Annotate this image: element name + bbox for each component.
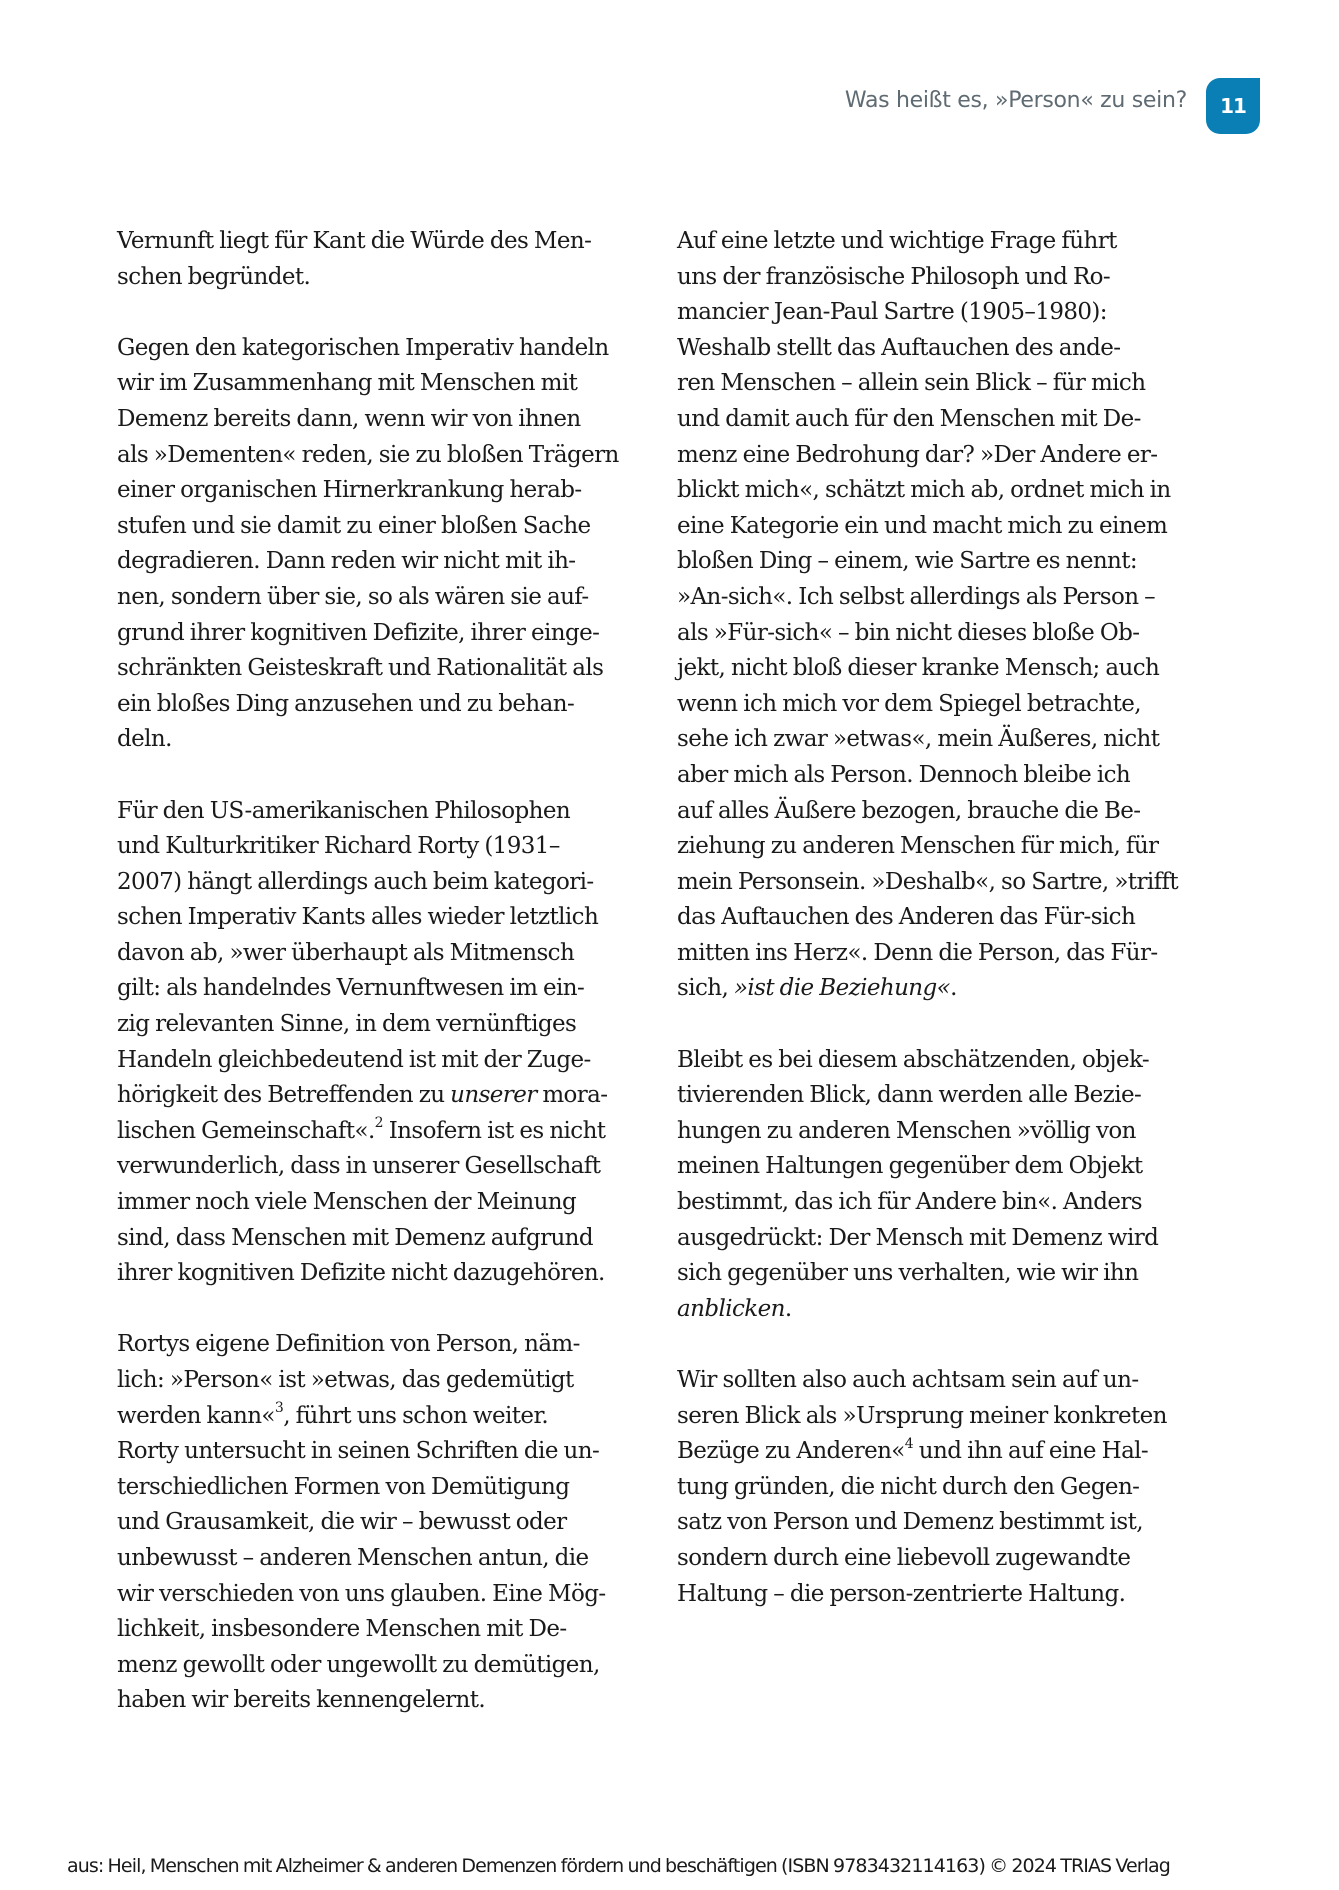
text-line: und Kulturkritiker Richard Rorty (1931–: [117, 829, 642, 865]
running-header-title: Was heißt es, »Person« zu sein?: [845, 88, 1187, 113]
text-line: uns der französische Philosoph und Ro-: [677, 260, 1202, 296]
text-line: sehe ich zwar »etwas«, mein Äußeres, nic…: [677, 722, 1202, 758]
text-line: lich: »Person« ist »etwas, das gedemütig…: [117, 1363, 642, 1399]
text-line: wir im Zusammenhang mit Menschen mit: [117, 366, 642, 402]
footnote-ref-2[interactable]: 2: [375, 1115, 383, 1131]
text-line: als »Dementen« reden, sie zu bloßen Träg…: [117, 438, 642, 474]
text-line: wir verschieden von uns glauben. Eine Mö…: [117, 1577, 642, 1613]
text-line: Bleibt es bei diesem abschätzenden, obje…: [677, 1043, 1202, 1079]
footnote-ref-4[interactable]: 4: [905, 1436, 913, 1452]
text-line: sondern durch eine liebevoll zugewandte: [677, 1541, 1202, 1577]
text-line: menz eine Bedrohung dar? »Der Andere er-: [677, 438, 1202, 474]
text-line: unbewusst – anderen Menschen antun, die: [117, 1541, 642, 1577]
text-line: ausgedrückt: Der Mensch mit Demenz wird: [677, 1221, 1202, 1257]
paragraph-rorty: Für den US-amerikanischen Philosophen un…: [117, 794, 642, 1292]
text-line: terschiedlichen Formen von Demütigung: [117, 1470, 642, 1506]
text-line: sich, »ist die Beziehung«.: [677, 971, 1202, 1007]
right-column: Auf eine letzte und wichtige Frage führt…: [677, 224, 1202, 1648]
paragraph-rorty-definition: Rortys eigene Definition von Person, näm…: [117, 1327, 642, 1719]
text-fragment: , führt uns schon weiter.: [283, 1403, 548, 1429]
text-line: tivierenden Blick, dann werden alle Bezi…: [677, 1078, 1202, 1114]
emphasis-text: unserer: [450, 1082, 536, 1108]
text-line: Rorty untersucht in seinen Schriften die…: [117, 1434, 642, 1470]
text-line: mancier Jean-Paul Sartre (1905–1980):: [677, 295, 1202, 331]
paragraph-categorical-imperative: Gegen den kategorischen Imperativ handel…: [117, 331, 642, 758]
text-line: werden kann«3, führt uns schon weiter.: [117, 1399, 642, 1435]
text-line: davon ab, »wer überhaupt als Mitmensch: [117, 936, 642, 972]
text-line: hörigkeit des Betreffenden zu unserer mo…: [117, 1078, 642, 1114]
text-line: satz von Person und Demenz bestimmt ist,: [677, 1505, 1202, 1541]
text-fragment: werden kann«: [117, 1403, 275, 1429]
page-number-badge: 11: [1206, 78, 1260, 134]
text-line: mitten ins Herz«. Denn die Person, das F…: [677, 936, 1202, 972]
text-line: wenn ich mich vor dem Spiegel betrachte,: [677, 687, 1202, 723]
text-line: immer noch viele Menschen der Meinung: [117, 1185, 642, 1221]
text-line: meinen Haltungen gegenüber dem Objekt: [677, 1149, 1202, 1185]
text-fragment: Insofern ist es nicht: [383, 1118, 605, 1144]
text-line: sind, dass Menschen mit Demenz aufgrund: [117, 1221, 642, 1257]
text-line: lischen Gemeinschaft«.2 Insofern ist es …: [117, 1114, 642, 1150]
text-line: ihrer kognitiven Defizite nicht dazugehö…: [117, 1256, 642, 1292]
text-line: einer organischen Hirnerkrankung herab-: [117, 473, 642, 509]
text-line: schen Imperativ Kants alles wieder letzt…: [117, 900, 642, 936]
text-line: Bezüge zu Anderen«4 und ihn auf eine Hal…: [677, 1434, 1202, 1470]
text-line: seren Blick als »Ursprung meiner konkret…: [677, 1399, 1202, 1435]
text-line: degradieren. Dann reden wir nicht mit ih…: [117, 544, 642, 580]
text-fragment: lischen Gemeinschaft«.: [117, 1118, 375, 1144]
text-line: verwunderlich, dass in unserer Gesellsch…: [117, 1149, 642, 1185]
text-line: aber mich als Person. Dennoch bleibe ich: [677, 758, 1202, 794]
text-line: Für den US-amerikanischen Philosophen: [117, 794, 642, 830]
text-line: ren Menschen – allein sein Blick – für m…: [677, 366, 1202, 402]
footnote-ref-3[interactable]: 3: [275, 1400, 283, 1416]
text-line: haben wir bereits kennengelernt.: [117, 1683, 642, 1719]
text-line: deln.: [117, 722, 642, 758]
text-line: zig relevanten Sinne, in dem vernünftige…: [117, 1007, 642, 1043]
emphasis-text: »ist die Beziehung«: [734, 975, 950, 1001]
text-fragment: und ihn auf eine Hal-: [913, 1438, 1148, 1464]
text-line: tung gründen, die nicht durch den Gegen-: [677, 1470, 1202, 1506]
text-line: Wir sollten also auch achtsam sein auf u…: [677, 1363, 1202, 1399]
text-line: lichkeit, insbesondere Menschen mit De-: [117, 1612, 642, 1648]
text-line: nen, sondern über sie, so als wären sie …: [117, 580, 642, 616]
emphasis-text: anblicken: [677, 1296, 785, 1322]
text-line: stufen und sie damit zu einer bloßen Sac…: [117, 509, 642, 545]
text-line: Rortys eigene Definition von Person, näm…: [117, 1327, 642, 1363]
text-line: »An-sich«. Ich selbst allerdings als Per…: [677, 580, 1202, 616]
text-line: schränkten Geisteskraft und Rationalität…: [117, 651, 642, 687]
text-line: Demenz bereits dann, wenn wir von ihnen: [117, 402, 642, 438]
text-line: auf alles Äußere bezogen, brauche die Be…: [677, 794, 1202, 830]
paragraph-objectifying-gaze: Bleibt es bei diesem abschätzenden, obje…: [677, 1043, 1202, 1328]
text-fragment: Bezüge zu Anderen«: [677, 1438, 905, 1464]
paragraph-kant-dignity: Vernunft liegt für Kant die Würde des Me…: [117, 224, 642, 295]
text-line: hungen zu anderen Menschen »völlig von: [677, 1114, 1202, 1150]
left-column: Vernunft liegt für Kant die Würde des Me…: [117, 224, 642, 1755]
text-line: ziehung zu anderen Menschen für mich, fü…: [677, 829, 1202, 865]
text-line: Handeln gleichbedeutend ist mit der Zuge…: [117, 1043, 642, 1079]
text-line: eine Kategorie ein und macht mich zu ein…: [677, 509, 1202, 545]
text-line: bloßen Ding – einem, wie Sartre es nennt…: [677, 544, 1202, 580]
text-line: mein Personsein. »Deshalb«, so Sartre, »…: [677, 865, 1202, 901]
text-fragment: hörigkeit des Betreffenden zu: [117, 1082, 450, 1108]
text-line: das Auftauchen des Anderen das Für-sich: [677, 900, 1202, 936]
text-line: grund ihrer kognitiven Defizite, ihrer e…: [117, 616, 642, 652]
text-line: blickt mich«, schätzt mich ab, ordnet mi…: [677, 473, 1202, 509]
text-line: Weshalb stellt das Auftauchen des ande-: [677, 331, 1202, 367]
text-line: 2007) hängt allerdings auch beim kategor…: [117, 865, 642, 901]
text-fragment: mora-: [537, 1082, 608, 1108]
footer-citation: aus: Heil, Menschen mit Alzheimer & ande…: [67, 1855, 1170, 1877]
text-fragment: sich,: [677, 975, 734, 1001]
text-line: ein bloßes Ding anzusehen und zu behan-: [117, 687, 642, 723]
text-line: Gegen den kategorischen Imperativ handel…: [117, 331, 642, 367]
text-line: schen begründet.: [117, 260, 642, 296]
text-line: Auf eine letzte und wichtige Frage führt: [677, 224, 1202, 260]
paragraph-sartre: Auf eine letzte und wichtige Frage führt…: [677, 224, 1202, 1007]
paragraph-person-centered: Wir sollten also auch achtsam sein auf u…: [677, 1363, 1202, 1612]
text-line: Haltung – die person-zentrierte Haltung.: [677, 1577, 1202, 1613]
page-number: 11: [1220, 94, 1246, 118]
text-fragment: .: [785, 1296, 792, 1322]
text-line: als »Für-sich« – bin nicht dieses bloße …: [677, 616, 1202, 652]
text-line: und damit auch für den Menschen mit De-: [677, 402, 1202, 438]
text-line: jekt, nicht bloß dieser kranke Mensch; a…: [677, 651, 1202, 687]
text-line: bestimmt, das ich für Andere bin«. Ander…: [677, 1185, 1202, 1221]
text-fragment: .: [950, 975, 957, 1001]
text-line: menz gewollt oder ungewollt zu demütigen…: [117, 1648, 642, 1684]
text-line: sich gegenüber uns verhalten, wie wir ih…: [677, 1256, 1202, 1292]
text-line: anblicken.: [677, 1292, 1202, 1328]
text-line: und Grausamkeit, die wir – bewusst oder: [117, 1505, 642, 1541]
text-line: gilt: als handelndes Vernunftwesen im ei…: [117, 971, 642, 1007]
text-line: Vernunft liegt für Kant die Würde des Me…: [117, 224, 642, 260]
